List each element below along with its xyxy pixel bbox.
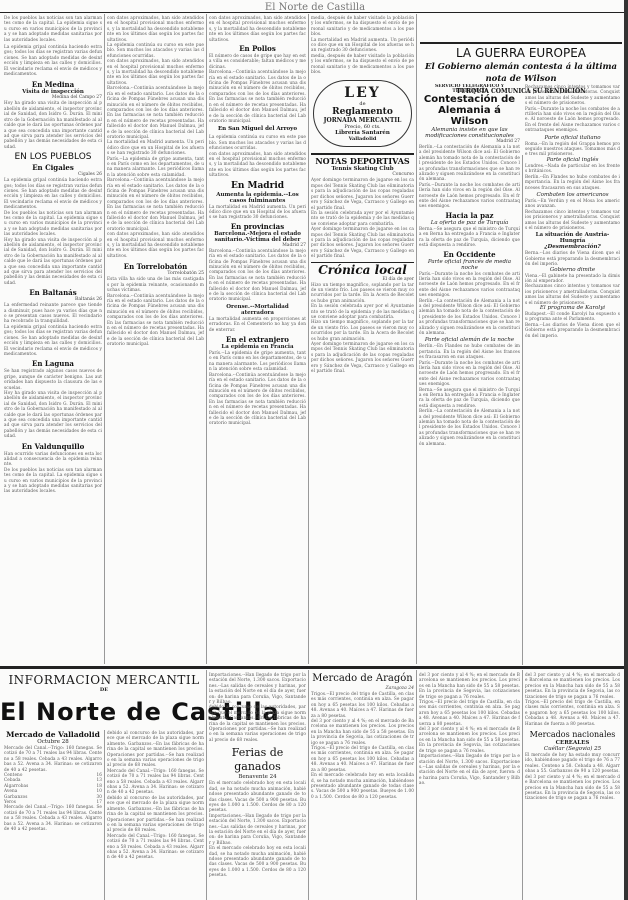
subhead-paz: La oferta de paz de Turquía xyxy=(419,220,520,226)
ad-line: JORNADA MERCANTIL xyxy=(318,117,407,124)
headline-mercados-nacionales: Mercados nacionales xyxy=(525,729,620,740)
article-text: Berlín.--La contestación de Alemania a l… xyxy=(419,144,520,182)
article-text: La epidemia gripal continúa haciendo est… xyxy=(4,44,102,76)
article-text: París.--Durante la noche los combates de… xyxy=(419,182,520,209)
column-divider xyxy=(308,14,309,664)
article-text: Berna.--Los diarios de Viena dicen que e… xyxy=(525,322,620,338)
article-text: París.--Durante la noche los combates de… xyxy=(525,106,620,133)
column-divider xyxy=(104,730,105,900)
article-text: con datos aproximados, han sido atendido… xyxy=(209,151,306,178)
article-text: Budapest.--El conde Karolyi ha expuesto … xyxy=(525,311,620,322)
article-text: Barcelona.--Continúa acentuándose la mej… xyxy=(107,293,204,347)
headline-baltanas: En Baltanás xyxy=(4,288,102,297)
article-text: debido al concurso de las autoridades, p… xyxy=(107,730,204,768)
article-text: Berlín.--La contestación de Alemania a l… xyxy=(419,298,520,336)
article-text: París.--En Verdún y en el Mosa los ameri… xyxy=(525,198,620,209)
headline-provincias: En provincias xyxy=(209,222,306,231)
article-text: Rechazamos cinco intentos y tomamos vari… xyxy=(525,209,620,231)
column-6: Rechazamos cinco intentos y tomamos vari… xyxy=(525,84,620,664)
article-text: De los pueblos las noticias son tan alar… xyxy=(4,15,102,42)
article-text: Hoy ha girado una visita de inspección a… xyxy=(4,390,102,439)
headline-pollos: En Pollos xyxy=(209,44,306,53)
article-text: Importaciones.--Han llegado de trigo por… xyxy=(209,813,306,845)
article-text: Barcelona.--Continúa acentuándose la mej… xyxy=(107,85,204,139)
article-text: Esta villa ha sido una de las más castig… xyxy=(107,276,204,292)
column-divider xyxy=(522,670,523,900)
article-text: Mercado del Canal.--Trigo: 160 fanegas. … xyxy=(107,768,204,795)
column-2: con datos aproximados, han sido atendido… xyxy=(107,15,204,665)
mercantil-col2: debido al concurso de las autoridades, p… xyxy=(107,730,204,900)
headline-madrid: En Madrid xyxy=(209,181,306,192)
article-text: Hizo un tiempo magnífico, soplando por l… xyxy=(311,282,414,304)
article-text: con datos aproximados, han sido atendido… xyxy=(107,231,204,258)
article-text: Barcelona.--Continúa acentuándose la mej… xyxy=(209,248,306,302)
article-text: Importaciones.--Han llegado de trigo por… xyxy=(209,672,306,704)
article-text: del 3 por ciento y al 4 %; en el mercado… xyxy=(525,774,620,801)
subhead-austria: La situación de Austria-Hungría xyxy=(525,232,620,244)
article-text: La mortalidad aumenta en proporciones at… xyxy=(209,316,306,332)
advertisement-box: LEY de Reglamento JORNADA MERCANTIL Prec… xyxy=(313,80,412,147)
column-3: con datos aproximados, han sido atendido… xyxy=(209,15,306,665)
headline-ferias: Ferias de ganados xyxy=(209,746,306,774)
subhead-servicio: SERVICIO TELEGRÁFICO Y TELEFÓNICO xyxy=(419,84,520,94)
headline-notas-deportivas: NOTAS DEPORTIVAS xyxy=(311,153,414,166)
article-text: Trigos.--El precio del trigo de Castilla… xyxy=(311,691,414,718)
column-divider xyxy=(206,670,207,900)
headline-mercado-aragon: Mercado de Aragón xyxy=(311,672,414,686)
header-rule xyxy=(0,12,624,13)
ad-line: Reglamento xyxy=(318,107,407,117)
headline-cronica-local: Crónica local xyxy=(311,262,414,277)
column-divider xyxy=(308,670,309,900)
article-text: Mercado del Canal.--Trigo: 160 fanegas. … xyxy=(107,833,204,860)
column-divider xyxy=(416,14,417,664)
article-text: París.--Durante la noche los combates de… xyxy=(419,360,520,387)
article-text: Berlín.--En Flandes no hubo combates de … xyxy=(419,343,520,359)
headline-extranjero: En el extranjero xyxy=(209,335,306,344)
article-text: con datos aproximados, han sido atendido… xyxy=(209,15,306,42)
column-divider xyxy=(522,155,523,665)
column-divider xyxy=(206,14,207,664)
headline-pueblos: EN LOS PUEBLOS xyxy=(4,152,102,163)
article-text: Berlín.--La contestación de Alemania a l… xyxy=(419,408,520,446)
article-text: Mercado del Canal.--Trigo: 160 fanegas. … xyxy=(4,745,102,772)
article-text: En la sesión celebrada ayer por el Ayunt… xyxy=(311,303,414,319)
article-text: con datos aproximados, han sido atendido… xyxy=(107,58,204,85)
headline-gobierno-aleman: El Gobierno alemán contesta á la última … xyxy=(420,61,622,85)
ad-line: Valladolid xyxy=(318,136,407,142)
mercado-valladolid: Mercado de Valladolid Octubre 28 Mercado… xyxy=(4,730,102,900)
column-divider xyxy=(104,14,105,664)
article-text: La mortalidad en Madrid aumenta. Un peri… xyxy=(311,37,414,53)
article-text: del 3 por ciento y al 4 %; en el mercado… xyxy=(311,718,414,745)
article-text: Ayer domingo terminaron de jugarse en lo… xyxy=(311,341,414,373)
article-text: Roma.--En la región del Grappa hemos pro… xyxy=(525,141,620,157)
article-text: Berlín.--En Flandes no hubo combates de … xyxy=(525,174,620,190)
newspaper-page: El Norte de Castilla De los pueblos las … xyxy=(0,0,628,900)
article-text: Barcelona.--Continúa acentuándose la mej… xyxy=(209,372,306,426)
article-text: Trigos.--El precio del trigo de Castilla… xyxy=(419,699,520,726)
article-text: Trigos.--El precio del trigo de Castilla… xyxy=(525,699,620,726)
article-text: del 3 por ciento y al 4 %; en el mercado… xyxy=(419,726,520,753)
article-text: Se han registrado algunos casos nuevos d… xyxy=(4,368,102,390)
section-rule xyxy=(0,666,624,669)
headline-laguna: En Laguna xyxy=(4,359,102,368)
page-edge xyxy=(624,0,628,900)
article-text: Han ocurrido varias defunciones en esta … xyxy=(4,451,102,467)
mercantil-col4: Mercado de Aragón Zaragoza 24 Trigos.--E… xyxy=(311,672,414,900)
headline-mercado-valladolid: Mercado de Valladolid xyxy=(4,730,102,739)
article-text: Berna.--Se asegura que el ministro de Tu… xyxy=(419,226,520,248)
article-text: Mercado del Canal.--Trigo: 160 fanegas. … xyxy=(4,804,102,831)
article-text: Ayer domingo terminaron de jugarse en lo… xyxy=(311,226,414,258)
article-text: Hoy ha girado una visita de inspección a… xyxy=(4,237,102,286)
section-rule xyxy=(420,42,622,44)
article-text: Hizo un tiempo magnífico, soplando por l… xyxy=(311,319,414,341)
article-text: El mercado de hoy ha estado muy concurri… xyxy=(525,752,620,774)
subhead-occidente: Parte oficial francés de media noche xyxy=(419,259,520,271)
subhead-orense: Orense.--Mortalidad aterradora xyxy=(209,304,306,316)
article-text: Barcelona.--Continúa acentuándose la mej… xyxy=(209,69,306,123)
mercantil-col6: del 3 por ciento y al 4 %; en el mercado… xyxy=(525,672,620,900)
subhead-alemania: Alemania insiste en que las modificacion… xyxy=(419,127,520,139)
article-text: La epidemia continúa su curso en este pu… xyxy=(107,42,204,58)
article-text: Ayer domingo terminaron de jugarse en lo… xyxy=(311,177,414,209)
subhead-barcelona: Barcelona.-Mejora el estado sanitario.-V… xyxy=(209,231,306,243)
article-text: La mortalidad en Madrid aumenta. Un peri… xyxy=(107,139,204,155)
article-text: La mortalidad en Madrid aumenta. Un peri… xyxy=(209,204,306,220)
mercantil-title: INFORMACION MERCANTIL xyxy=(4,673,204,687)
headline-guerra-europea: LA GUERRA EUROPEA xyxy=(420,46,622,61)
article-text: En el mercado celebrado hoy en esta loca… xyxy=(209,845,306,877)
article-text: media, después de haber visitado la pobl… xyxy=(311,15,414,37)
headline-san-miguel: En San Miguel del Arroyo xyxy=(209,125,306,134)
mercantil-col3: Importaciones.--Han llegado de trigo por… xyxy=(209,672,306,900)
article-text: En la sesión celebrada ayer por el Ayunt… xyxy=(311,210,414,226)
article-text: debido al concurso de las autoridades, p… xyxy=(107,795,204,833)
article-text: El número de casos de gripe que hay en e… xyxy=(209,53,306,69)
ad-line: LEY xyxy=(318,85,407,101)
headline-torrelobaton: En Torrelobatón xyxy=(107,262,204,271)
article-text: La epidemia continúa su curso en este pu… xyxy=(209,134,306,150)
headline-cigales: En Cigales xyxy=(4,163,102,172)
mercantil-col5: del 3 por ciento y al 4 %; en el mercado… xyxy=(419,672,520,900)
headline-valdunquillo: En Valdunquillo xyxy=(4,442,102,451)
article-text: Trigos.--El precio del trigo de Castilla… xyxy=(311,745,414,772)
article-text: La epidemia gripal continúa haciendo est… xyxy=(4,177,102,209)
headline-contestacion: Contestación de Alemania á Wilson xyxy=(419,94,520,127)
article-text: Berna.--Se asegura que el ministro de Tu… xyxy=(419,387,520,409)
headline-hacia-la-paz: Hacia la paz xyxy=(419,211,520,220)
article-text: Importaciones.--Han llegado de trigo por… xyxy=(419,753,520,785)
price-list: Centeno16Cebada13Algarrobas18Avena10Garb… xyxy=(4,772,102,804)
article-text: París.--La epidemia de gripe aumenta, ta… xyxy=(107,156,204,178)
headline-occidente: En Occidente xyxy=(419,250,520,259)
article-text: La enfermedad reinante parece que tiende… xyxy=(4,302,102,324)
article-text: Rechazamos cinco intentos y tomamos vari… xyxy=(525,283,620,305)
article-text: Berna.--Los diarios de Viena dicen que e… xyxy=(525,250,620,266)
column-4: media, después de haber visitado la pobl… xyxy=(311,15,414,665)
article-text: En el mercado celebrado hoy en esta loca… xyxy=(311,772,414,799)
column-1: De los pueblos las noticias son tan alar… xyxy=(4,15,102,665)
column-divider xyxy=(416,670,417,900)
article-text: De los pueblos las noticias son tan alar… xyxy=(4,467,102,494)
article-text: Londres.--Nada de particular en los fren… xyxy=(525,163,620,174)
subhead-madrid: Aumenta la epidemia.--Los casos fulminan… xyxy=(209,192,306,204)
article-text: con datos aproximados, han sido atendido… xyxy=(107,15,204,42)
mercantil-de: DE xyxy=(4,687,204,693)
article-text: Viena.--El gabinete ha presentado la dim… xyxy=(525,273,620,284)
article-text: En el mercado celebrado hoy en esta loca… xyxy=(209,780,306,812)
article-text: Rechazamos cinco intentos y tomamos vari… xyxy=(525,84,620,106)
article-text: La epidemia gripal continúa haciendo est… xyxy=(4,324,102,356)
column-5: SERVICIO TELEGRÁFICO Y TELEFÓNICO Contes… xyxy=(419,84,520,664)
article-text: media, después de haber visitado la pobl… xyxy=(311,53,414,75)
article-text: París.--Durante la noche los combates de… xyxy=(419,271,520,298)
article-text: del 3 por ciento y al 4 %; en el mercado… xyxy=(419,672,520,699)
article-text: Hoy ha girado una visita de inspección a… xyxy=(4,100,102,149)
article-text: Barcelona.--Continúa acentuándose la mej… xyxy=(107,177,204,231)
article-text: París.--La epidemia de gripe aumenta, ta… xyxy=(209,350,306,372)
article-text: del 3 por ciento y al 4 %; en el mercado… xyxy=(525,672,620,699)
article-text: De los pueblos las noticias son tan alar… xyxy=(4,210,102,237)
article-text: debido al concurso de las autoridades, p… xyxy=(209,704,306,742)
